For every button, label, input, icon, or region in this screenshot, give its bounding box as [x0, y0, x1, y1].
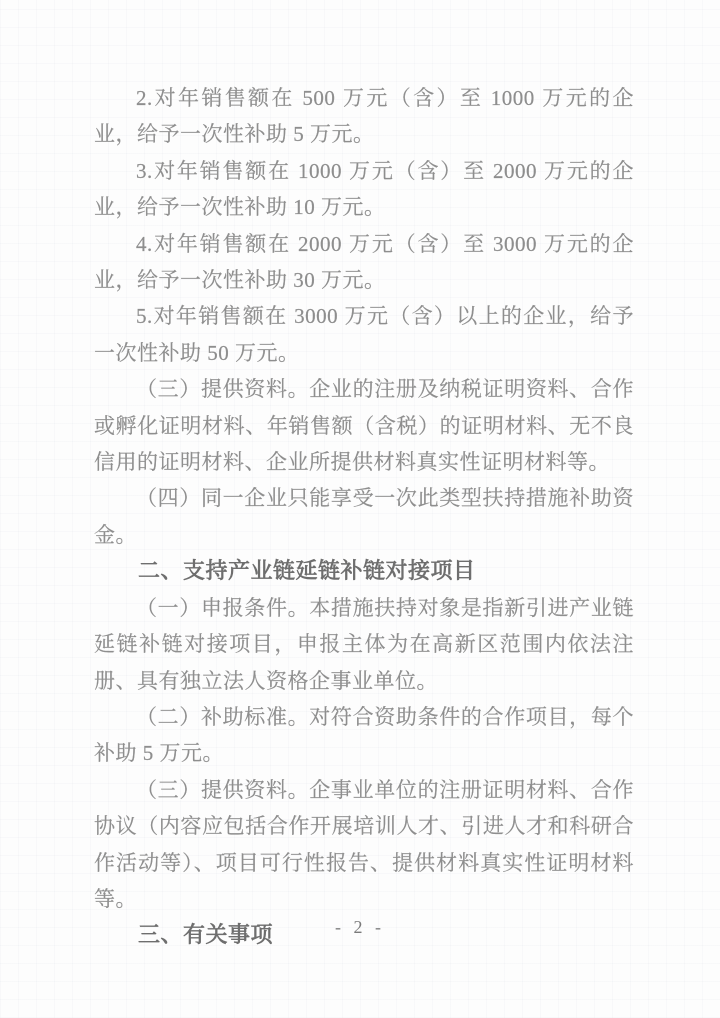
body-paragraph: （三）提供资料。企事业单位的注册证明材料、合作协议（内容应包括合作开展培训人才、… [94, 772, 634, 918]
body-paragraph: 2.对年销售额在 500 万元（含）至 1000 万元的企业，给予一次性补助 5… [94, 80, 634, 153]
body-paragraph: 5.对年销售额在 3000 万元（含）以上的企业，给予一次性补助 50 万元。 [94, 298, 634, 371]
body-paragraph: （一）申报条件。本措施扶持对象是指新引进产业链延链补链对接项目，申报主体为在高新… [94, 590, 634, 699]
section-heading: 二、支持产业链延链补链对接项目 [94, 553, 634, 589]
body-paragraph: 4.对年销售额在 2000 万元（含）至 3000 万元的企业，给予一次性补助 … [94, 226, 634, 299]
body-paragraph: 3.对年销售额在 1000 万元（含）至 2000 万元的企业，给予一次性补助 … [94, 153, 634, 226]
scanned-document-page: { "document": { "page_number": "- 2 -", … [0, 0, 720, 1018]
body-paragraph: （三）提供资料。企业的注册及纳税证明资料、合作或孵化证明材料、年销售额（含税）的… [94, 371, 634, 480]
document-content: 2.对年销售额在 500 万元（含）至 1000 万元的企业，给予一次性补助 5… [94, 80, 634, 954]
page-number: - 2 - [0, 917, 720, 938]
body-paragraph: （四）同一企业只能享受一次此类型扶持措施补助资金。 [94, 480, 634, 553]
body-paragraph: （二）补助标准。对符合资助条件的合作项目，每个补助 5 万元。 [94, 699, 634, 772]
